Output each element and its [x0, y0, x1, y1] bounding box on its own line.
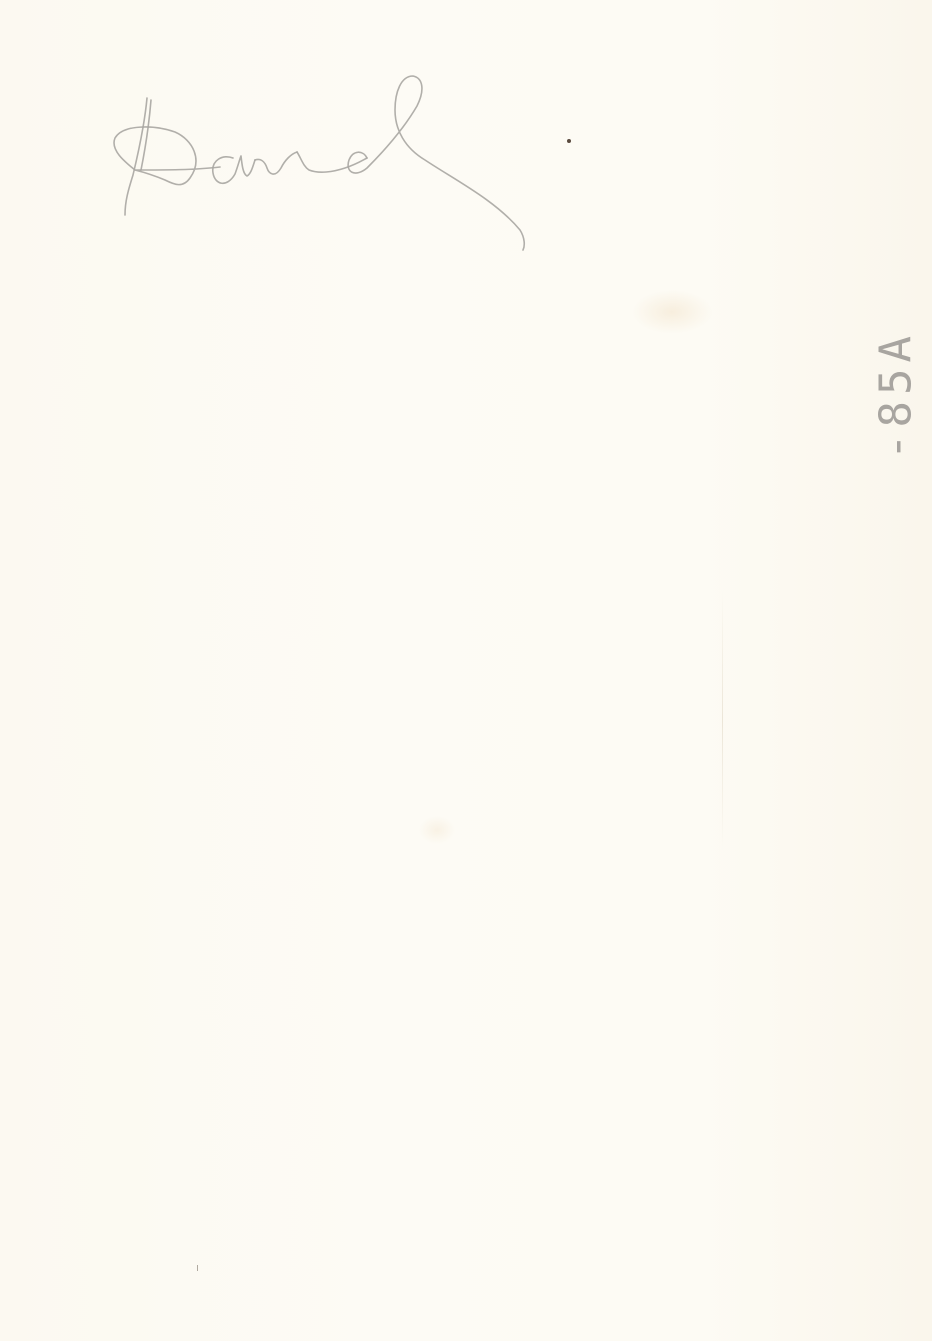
ink-dot	[567, 139, 571, 143]
handwritten-signature: David	[105, 70, 565, 260]
stamped-code: -85A	[871, 330, 922, 460]
paper-speck	[197, 1265, 198, 1271]
signature-strokes	[105, 70, 565, 260]
paper-crease	[722, 590, 723, 850]
